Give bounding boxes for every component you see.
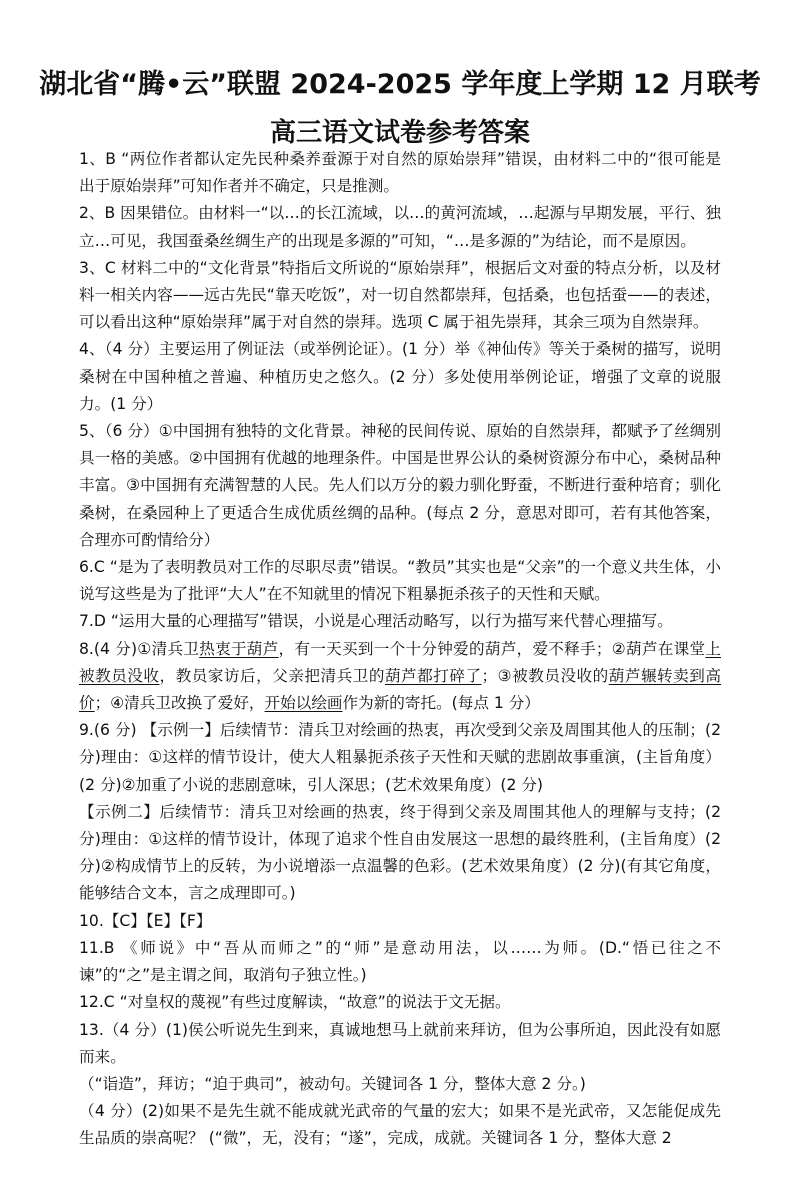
answer-9-example-2: 【示例二】后续情节：清兵卫对绘画的热衷，终于得到父亲及周围其他人的理解与支持；(… xyxy=(79,799,721,908)
answer-11: 11.B 《师说》中“吾从而师之”的“师”是意动用法，以……为师。(D.“悟已往… xyxy=(79,935,721,989)
answer-8-text: ，教员家访后，父亲把清兵卫的 xyxy=(160,667,385,685)
answer-2: 2、B 因果错位。由材料一“以…的长江流域，以…的黄河流域，…起源与早期发展，平… xyxy=(79,200,721,254)
answer-10: 10.【C】【E】【F】 xyxy=(79,908,721,935)
answer-13-2: （4 分）(2)如果不是先生就不能成就光武帝的气量的宏大；如果不是光武帝，又怎能… xyxy=(79,1098,721,1152)
answer-5: 5、（6 分）①中国拥有独特的文化背景。神秘的民间传说、原始的自然崇拜，都赋予了… xyxy=(79,418,721,554)
answer-8-text: ，有一天买到一个十分钟爱的葫芦，爱不释手；②葫芦在课堂 xyxy=(279,640,706,658)
answer-8-text: ；③被教员没收的 xyxy=(482,667,609,685)
answer-9-example-1: 9.(6 分) 【示例一】后续情节：清兵卫对绘画的热衷，再次受到父亲及周围其他人… xyxy=(79,717,721,799)
answer-key-body: 1、B “两位作者都认定先民种桑养蚕源于对自然的原始崇拜”错误，由材料二中的“很… xyxy=(79,146,721,1153)
answer-12: 12.C “对皇权的蔑视”有些过度解读，“故意”的说法于文无据。 xyxy=(79,989,721,1016)
answer-1: 1、B “两位作者都认定先民种桑养蚕源于对自然的原始崇拜”错误，由材料二中的“很… xyxy=(79,146,721,200)
underlined-key-point: 葫芦都打碎了 xyxy=(385,667,482,685)
answer-13-1-scoring: （“诣造”，拜访；“迫于典司”，被动句。关键词各 1 分，整体大意 2 分。) xyxy=(79,1071,721,1098)
answer-4: 4、（4 分）主要运用了例证法（或举例论证）。(1 分）举《神仙传》等关于桑树的… xyxy=(79,336,721,418)
answer-8-text: 作为新的寄托。(每点 1 分） xyxy=(343,694,540,712)
answer-3: 3、C 材料二中的“文化背景”特指后文所说的“原始崇拜”，根据后文对蚕的特点分析… xyxy=(79,255,721,337)
answer-6: 6.C “是为了表明教员对工作的尽职尽责”错误。“教员”其实也是“父亲”的一个意… xyxy=(79,554,721,608)
answer-13-1: 13.（4 分）(1)侯公听说先生到来，真诚地想马上就前来拜访，但为公事所迫，因… xyxy=(79,1017,721,1071)
underlined-key-point: 热衷于葫芦 xyxy=(199,640,278,658)
answer-8-text: ；④清兵卫改换了爱好， xyxy=(95,694,265,712)
document-subtitle: 高三语文试卷参考答案 xyxy=(0,112,800,149)
document-title: 湖北省“腾•云”联盟 2024-2025 学年度上学期 12 月联考 xyxy=(0,62,800,101)
answer-8: 8.(4 分)①清兵卫热衷于葫芦，有一天买到一个十分钟爱的葫芦，爱不释手；②葫芦… xyxy=(79,636,721,718)
answer-7: 7.D “运用大量的心理描写”错误，小说是心理活动略写，以行为描写来代替心理描写… xyxy=(79,608,721,635)
answer-8-text: 8.(4 分)①清兵卫 xyxy=(79,640,199,658)
underlined-key-point: 开始以绘画 xyxy=(265,694,343,712)
